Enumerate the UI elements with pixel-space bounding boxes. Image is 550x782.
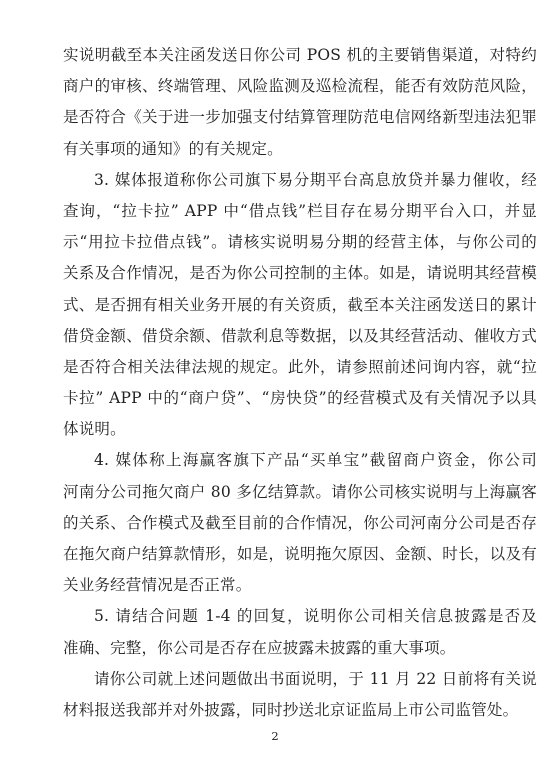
text-line: 请你公司就上述问题做出书面说明，于 11 月 22 日前将有关说明 (63, 664, 537, 695)
paragraph: 5. 请结合问题 1-4 的回复，说明你公司相关信息披露是否及时、准确、完整，你… (63, 601, 537, 663)
document-body: 实说明截至本关注函发送日你公司 POS 机的主要销售渠道，对特约商户的审核、终端… (63, 40, 537, 726)
text-line: 借贷金额、借贷余额、借款利息等数据，以及其经营活动、催收方式 (63, 321, 537, 352)
document-page: 实说明截至本关注函发送日你公司 POS 机的主要销售渠道，对特约商户的审核、终端… (0, 0, 550, 782)
text-line: 在拖欠商户结算款情形，如是，说明拖欠原因、金额、时长，以及有 (63, 539, 537, 570)
text-line: 示“用拉卡拉借点钱”。请核实说明易分期的经营主体，与你公司的 (63, 227, 537, 258)
text-line: 商户的审核、终端管理、风险监测及巡检流程，能否有效防范风险， (63, 71, 537, 102)
paragraph: 实说明截至本关注函发送日你公司 POS 机的主要销售渠道，对特约商户的审核、终端… (63, 40, 537, 165)
text-line: 是否符合《关于进一步加强支付结算管理防范电信网络新型违法犯罪 (63, 102, 537, 133)
text-line: 有关事项的通知》的有关规定。 (63, 134, 537, 165)
text-line: 材料报送我部并对外披露，同时抄送北京证监局上市公司监管处。 (63, 695, 537, 726)
paragraph: 3. 媒体报道称你公司旗下易分期平台高息放贷并暴力催收，经查询，“拉卡拉” AP… (63, 165, 537, 446)
paragraph: 请你公司就上述问题做出书面说明，于 11 月 22 日前将有关说明材料报送我部并… (63, 664, 537, 726)
text-line: 式、是否拥有相关业务开展的有关资质，截至本关注函发送日的累计 (63, 290, 537, 321)
text-line: 5. 请结合问题 1-4 的回复，说明你公司相关信息披露是否及时、 (63, 601, 537, 632)
text-line: 查询，“拉卡拉” APP 中“借点钱”栏目存在易分期平台入口，并显 (63, 196, 537, 227)
text-line: 准确、完整，你公司是否存在应披露未披露的重大事项。 (63, 633, 537, 664)
text-line: 关系及合作情况，是否为你公司控制的主体。如是，请说明其经营模 (63, 258, 537, 289)
text-line: 实说明截至本关注函发送日你公司 POS 机的主要销售渠道，对特约 (63, 40, 537, 71)
text-line: 的关系、合作模式及截至目前的合作情况，你公司河南分公司是否存 (63, 508, 537, 539)
text-line: 4. 媒体称上海赢客旗下产品“买单宝”截留商户资金，你公司 (63, 445, 537, 476)
text-line: 3. 媒体报道称你公司旗下易分期平台高息放贷并暴力催收，经 (63, 165, 537, 196)
page-number: 2 (0, 729, 550, 743)
text-line: 体说明。 (63, 414, 537, 445)
paragraph: 4. 媒体称上海赢客旗下产品“买单宝”截留商户资金，你公司河南分公司拖欠商户 8… (63, 445, 537, 601)
text-line: 是否符合相关法律法规的规定。此外，请参照前述问询内容，就“拉 (63, 352, 537, 383)
text-line: 卡拉” APP 中的“商户贷”、“房快贷”的经营模式及有关情况予以具 (63, 383, 537, 414)
text-line: 河南分公司拖欠商户 80 多亿结算款。请你公司核实说明与上海赢客 (63, 477, 537, 508)
text-line: 关业务经营情况是否正常。 (63, 570, 537, 601)
